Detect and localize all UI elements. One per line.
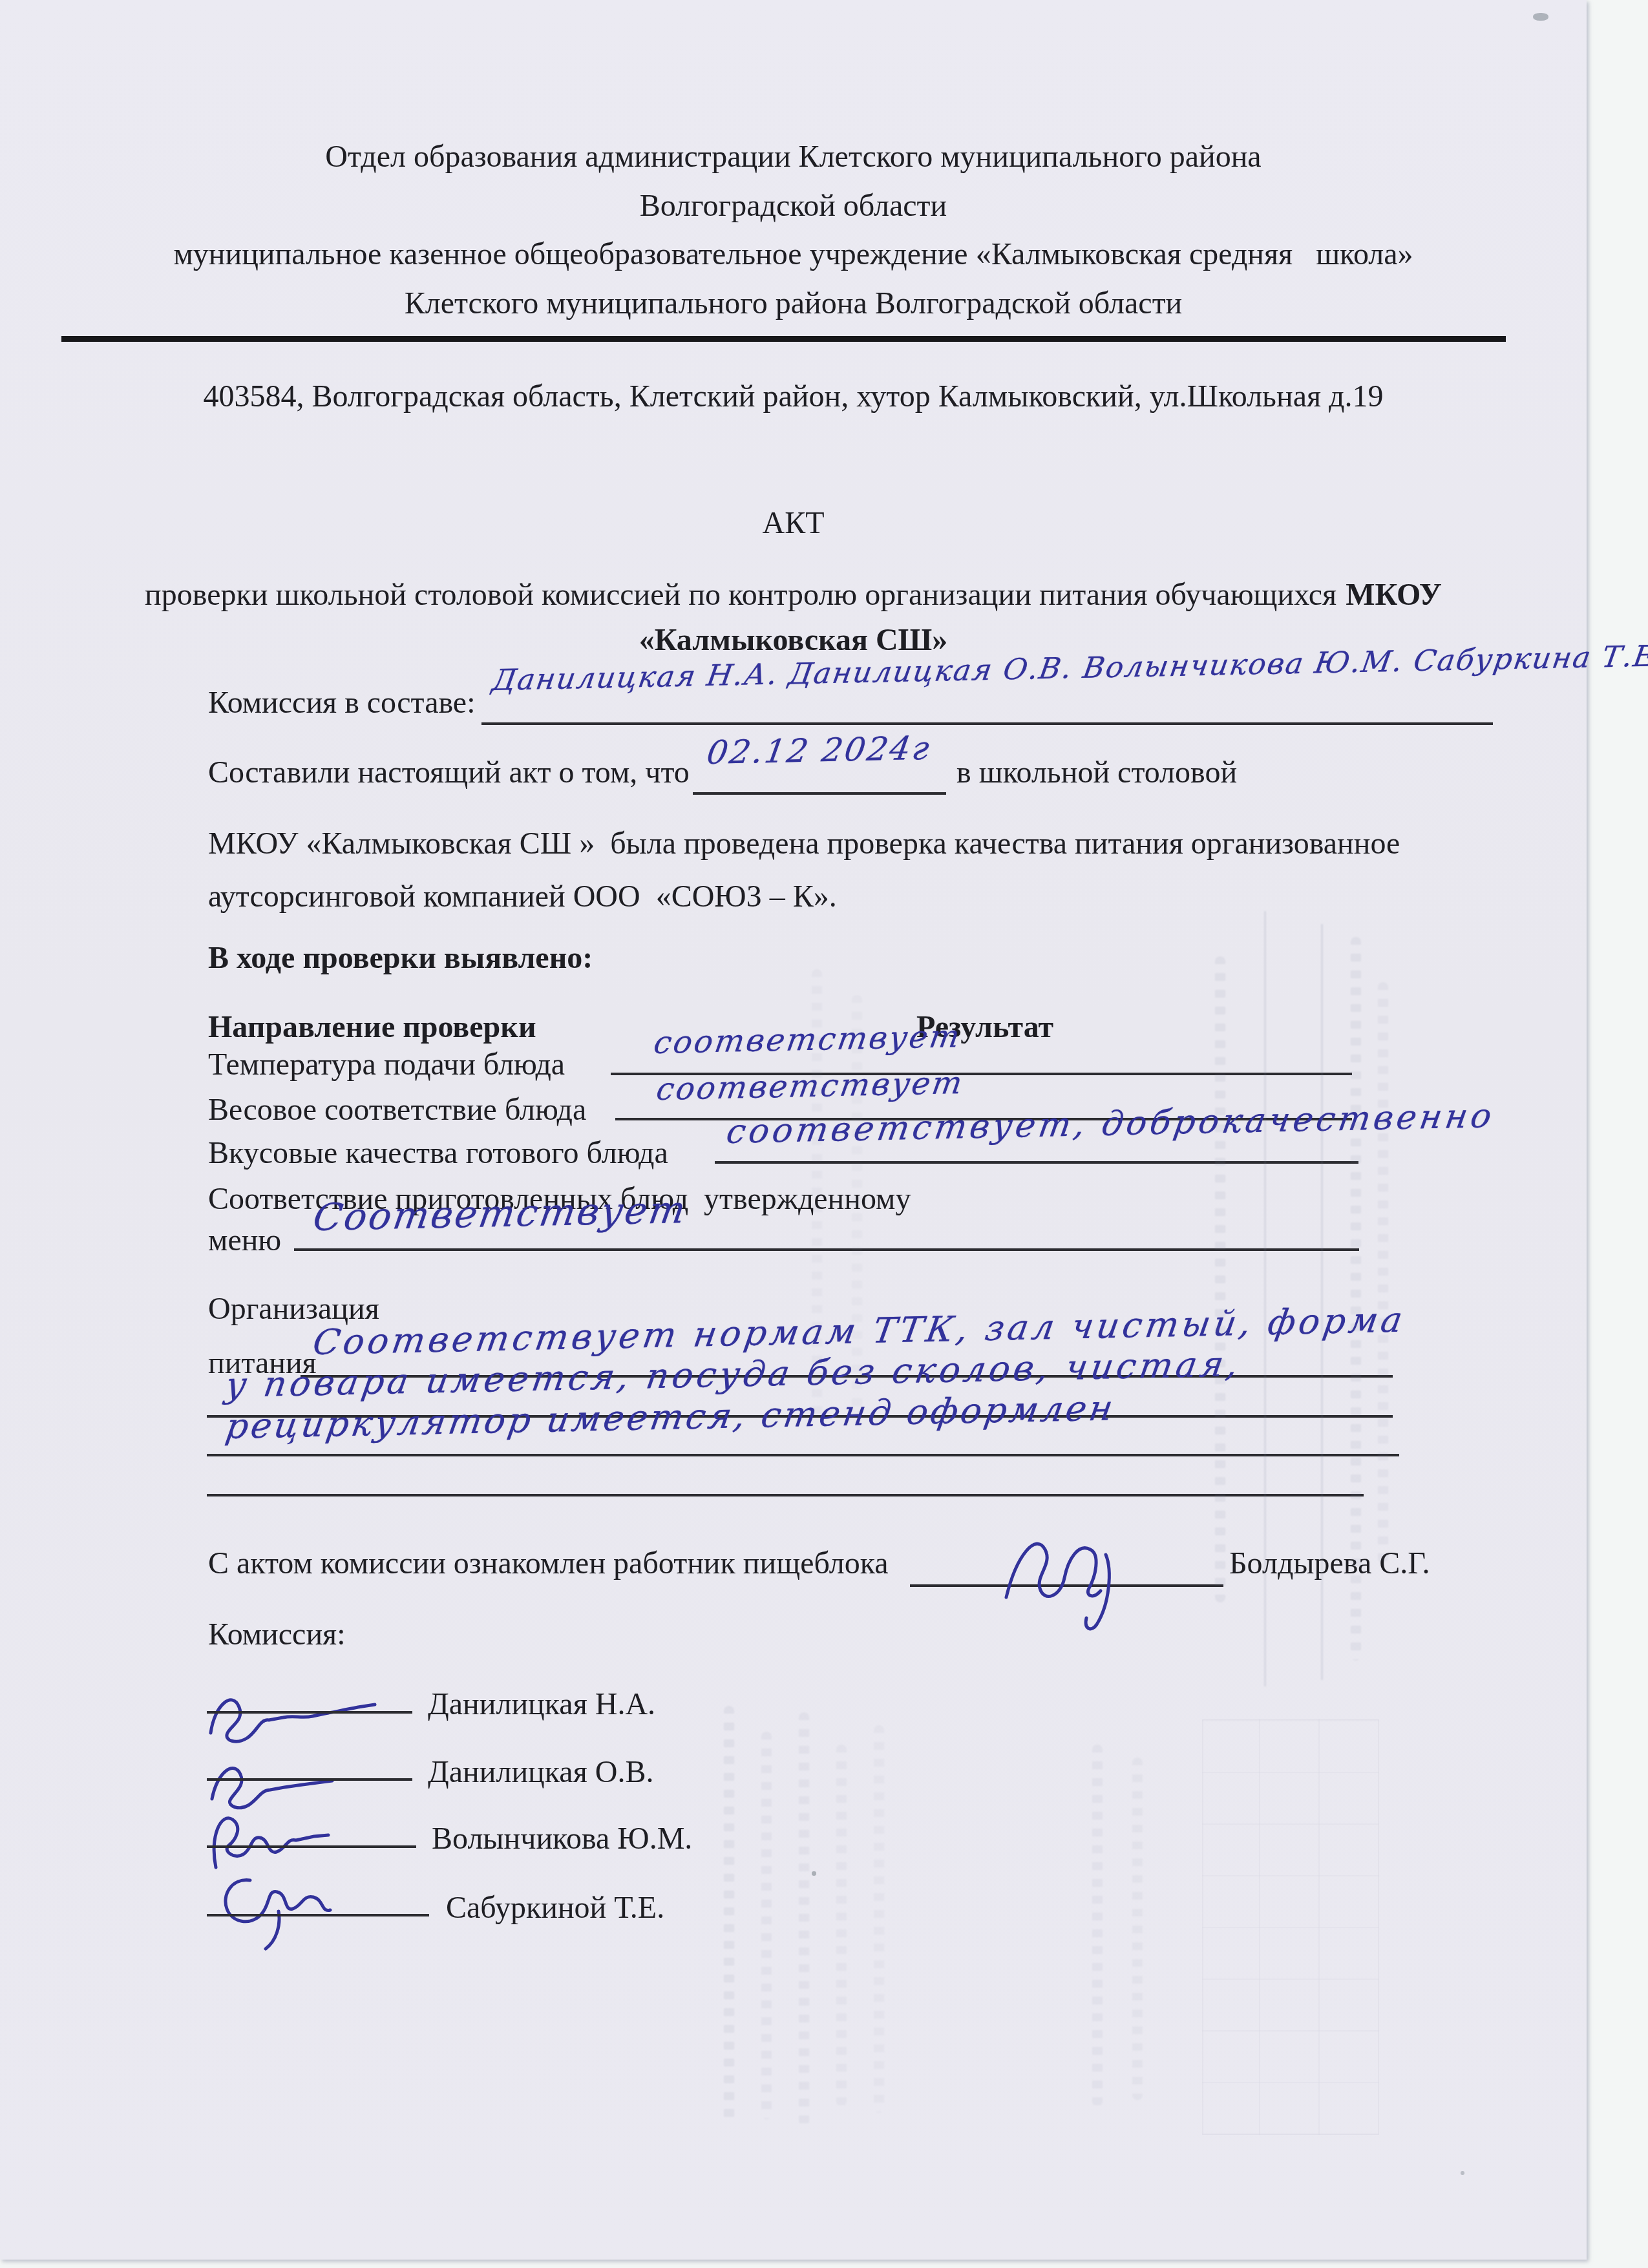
menu-label-line-2: меню [208,1223,281,1258]
show-through-text-column [812,969,822,1422]
show-through-text-column [1351,937,1361,1661]
signature-underline [207,1914,429,1916]
document-subtitle-line-1: проверки школьной столовой комиссией по … [39,577,1548,613]
acknowledgement-text: С актом комиссии ознакомлен работник пищ… [208,1546,889,1581]
statement-prefix: Составили настоящий акт о том, что [208,755,690,790]
finding-row-handwritten-value: соответствует [651,1018,964,1061]
commission-signatures-heading: Комиссия: [208,1617,345,1652]
signer-name: Данилицкая О.В. [428,1754,653,1790]
commission-label: Комиссия в составе: [208,685,476,720]
show-through-text-column [852,995,862,1409]
letterhead-line-2: Волгоградской области [39,188,1548,224]
show-through-line [1321,924,1323,1680]
scan-speck [1533,13,1548,21]
scanned-document-page: Отдел образования администрации Клетског… [0,0,1587,2260]
show-through-line [1264,911,1266,1686]
finding-row-label: Вкусовые качества готового блюда [208,1135,668,1171]
organization-blank-underline [207,1494,1364,1496]
signature-underline [207,1778,412,1781]
address-line: 403584, Волгоградская область, Клетский … [39,379,1548,414]
statement-body-line-1: МКОУ «Калмыковская СШ » была проведена п… [208,826,1400,861]
finding-row-label: Температура подачи блюда [208,1047,565,1082]
statement-body-line-2: аутсорсинговой компанией ООО «СОЮЗ – К». [208,879,837,914]
findings-column-direction: Направление проверки [208,1009,536,1045]
show-through-text-column [724,1706,734,2126]
finding-row-label: Весовое соответствие блюда [208,1092,586,1128]
show-through-table [1202,1719,1379,2135]
scan-speck [812,1871,816,1876]
show-through-text-column [1215,956,1225,1602]
subtitle-bold-text: МКОУ [1346,578,1442,612]
show-through-text-column [761,1732,772,2119]
letterhead-line-1: Отдел образования администрации Клетског… [39,139,1548,174]
show-through-text-column [1132,1758,1143,2100]
show-through-text-column [874,1725,884,2113]
show-through-text-column [799,1712,809,2126]
statement-suffix: в школьной столовой [956,755,1237,790]
handwritten-date: 02.12 2024г [704,730,934,772]
letterhead-line-4: Клетского муниципального района Волгогра… [39,286,1548,321]
show-through-text-column [836,1745,847,2106]
subtitle-regular-text: проверки школьной столовой комиссией по … [145,578,1336,612]
finding-row-handwritten-value: соответствует [654,1065,966,1108]
signature-squiggle [217,1843,410,1977]
worker-signature-squiggle [998,1498,1154,1657]
document-title: АКТ [39,505,1548,541]
menu-handwritten-value: Соответствует [310,1188,690,1239]
scan-speck [1461,2171,1464,2175]
show-through-text-column [1378,982,1388,1564]
signer-name: Данилицкая Н.А. [428,1686,655,1722]
findings-heading: В ходе проверки выявлено: [208,940,593,976]
show-through-text-column [1092,1745,1103,2106]
signature-underline [207,1711,412,1714]
date-underline [693,792,946,795]
signer-name: Сабуркиной Т.Е. [446,1890,664,1926]
worker-name: Болдырева С.Г. [1229,1546,1430,1581]
menu-underline [294,1248,1359,1251]
commission-underline [481,722,1493,725]
signer-name: Волынчикова Ю.М. [432,1821,692,1856]
letterhead-divider [61,336,1506,342]
letterhead-line-3: муниципальное казенное общеобразовательн… [39,236,1548,272]
